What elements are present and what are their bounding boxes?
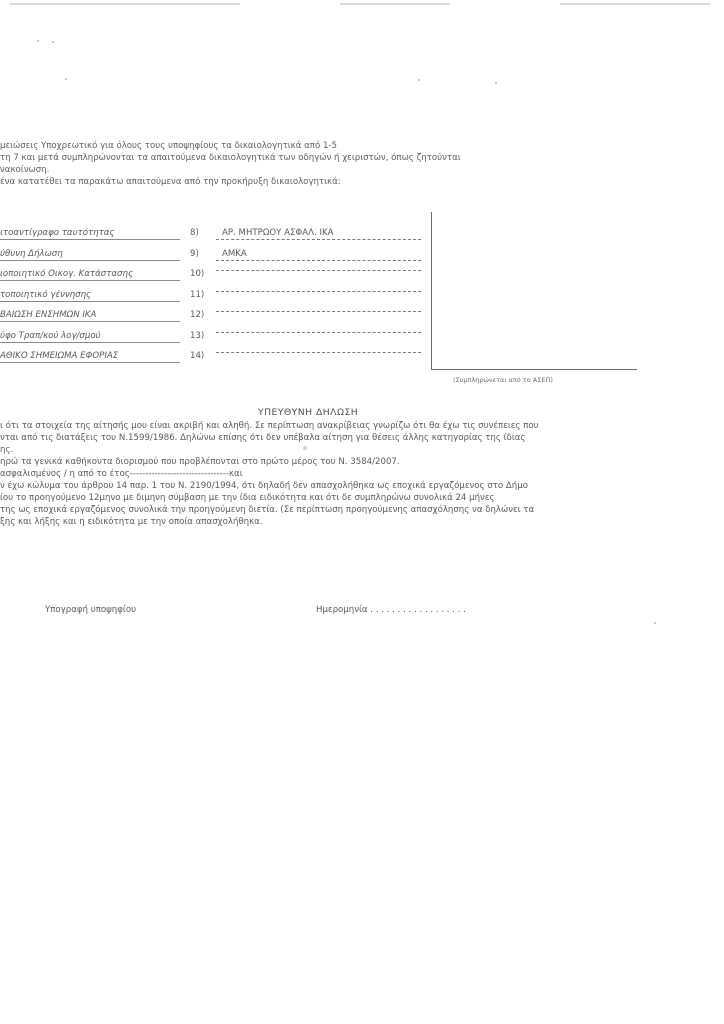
declaration-line: της ως εποχικά εργαζόμενος συνολικά την … [0,504,724,516]
document-number: 12) [190,310,214,320]
scan-edge-mark [340,3,450,5]
documents-checklist: ιτοαντίγραφο ταυτότητας 8) ΑΡ. ΜΗΤΡΩΟΥ Α… [0,228,440,372]
declaration-paragraph: ι ότι τα στοιχεία της αίτησής μου είναι … [0,420,724,528]
date-label: Ημερομηνία . . . . . . . . . . . . . . .… [316,605,466,615]
document-field[interactable] [216,269,421,271]
document-row: τοποιητικό γέννησης 11) [0,290,440,311]
scan-speck [65,78,67,80]
scan-speck [654,622,656,624]
document-field[interactable]: ΑΡ. ΜΗΤΡΩΟΥ ΑΣΦΑΛ. ΙΚΑ [216,228,421,240]
document-row: ύφο Τραπ/κού λογ/σμού 13) [0,331,440,352]
document-number: 13) [190,331,214,341]
intro-line: νακοίνωση. [0,164,461,176]
declaration-line: ν έχω κώλυμα του άρθρου 14 παρ. 1 του Ν.… [0,480,724,492]
declaration-line: ασφαλισμένος / η από το έτος------------… [0,468,724,480]
document-field[interactable] [216,331,421,333]
document-field[interactable]: ΑΜΚΑ [216,249,421,261]
declaration-line: ηρώ τα γενικά καθήκοντα διορισμού που πρ… [0,456,724,468]
document-label: ΒΑΙΩΣΗ ΕΝΣΗΜΩΝ ΙΚΑ [0,310,180,322]
document-label: ύφο Τραπ/κού λογ/σμού [0,331,180,343]
document-label: ύθυνη Δήλωση [0,249,180,261]
document-field[interactable] [216,351,421,353]
document-row: ΒΑΙΩΣΗ ΕΝΣΗΜΩΝ ΙΚΑ 12) [0,310,440,331]
document-number: 8) [190,228,214,238]
scan-speck [52,41,54,43]
document-label: ιοποιητικό Οικογ. Κατάστασης [0,269,180,281]
document-field[interactable] [216,290,421,292]
document-number: 14) [190,351,214,361]
document-row: ιοποιητικό Οικογ. Κατάστασης 10) [0,269,440,290]
document-row: ιτοαντίγραφο ταυτότητας 8) ΑΡ. ΜΗΤΡΩΟΥ Α… [0,228,440,249]
intro-line: ένα κατατέθει τα παρακάτω απαιτούμενα απ… [0,176,461,188]
declaration-line: ίου το προηγούμενο 12μηνο με διμηνη σύμβ… [0,492,724,504]
document-label: τοποιητικό γέννησης [0,290,180,302]
intro-paragraph: μειώσεις Υποχρεωτικό για όλους τους υποψ… [0,140,461,188]
document-number: 11) [190,290,214,300]
intro-line: τη 7 και μετά συμπληρώνονται τα απαιτούμ… [0,152,461,164]
declaration-line: ι ότι τα στοιχεία της αίτησής μου είναι … [0,420,724,432]
scan-edge-mark [10,3,240,5]
declaration-line: ης. [0,444,724,456]
declaration-line: νται από τις διατάξεις του Ν.1599/1986. … [0,432,724,444]
declaration-title: ΥΠΕΥΘΥΝΗ ΔΗΛΩΣΗ [258,407,358,418]
asep-box [431,212,637,370]
scan-speck [418,79,420,81]
scan-speck [495,82,497,84]
document-label: ιτοαντίγραφο ταυτότητας [0,228,180,240]
intro-line: μειώσεις Υποχρεωτικό για όλους τους υποψ… [0,140,461,152]
document-row: ύθυνη Δήλωση 9) ΑΜΚΑ [0,249,440,270]
document-number: 10) [190,269,214,279]
document-label: ΑΘΙΚΟ ΣΗΜΕΙΩΜΑ ΕΦΟΡΙΑΣ [0,351,180,363]
asep-box-caption: (Συμπληρώνεται από το ΑΣΕΠ) [453,376,553,384]
document-number: 9) [190,249,214,259]
document-row: ΑΘΙΚΟ ΣΗΜΕΙΩΜΑ ΕΦΟΡΙΑΣ 14) [0,351,440,372]
document-field[interactable] [216,310,421,312]
declaration-line: ξης και λήξης και η ειδικότητα με την οπ… [0,516,724,528]
signature-label: Υπογραφή υποψηφίου [45,605,136,615]
scan-edge-mark [560,3,710,5]
scan-speck [37,40,39,42]
